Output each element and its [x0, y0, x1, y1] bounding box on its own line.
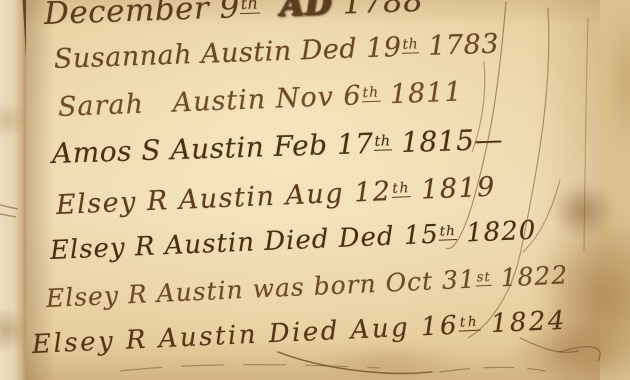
ordinal-suffix: th: [401, 36, 419, 54]
entry-text: [259, 0, 281, 24]
entry-text: December 9: [43, 0, 240, 32]
register-entry-7: Elsey R Austin was born Oct 31st 1822: [45, 260, 568, 313]
register-entry-6: Elsey R Austin Died Ded 15th 1820: [49, 216, 537, 266]
register-entry-3: Sarah Austin Nov 6th 1811: [57, 76, 463, 123]
ordinal-suffix: th: [391, 180, 411, 198]
register-entry-2: Susannah Austin Ded 19th 1783: [53, 28, 499, 75]
entry-text: Elsey R Austin Aug 12: [55, 176, 392, 221]
ordinal-suffix: th: [459, 314, 481, 332]
entry-text: Susannah Austin Ded 19: [53, 32, 402, 75]
register-entry-5: Elsey R Austin Aug 12th 1819: [55, 172, 496, 221]
entry-text: 1822: [491, 260, 569, 292]
entry-text: Elsey R Austin Died Ded 15: [49, 220, 439, 266]
entry-text: 1783: [419, 28, 500, 62]
register-entry-4: Amos S Austin Feb 17th 1815—: [51, 123, 503, 170]
ordinal-suffix: st: [475, 269, 492, 286]
entry-text: Sarah Austin Nov 6: [57, 80, 362, 123]
register-entries: December 9th AD 1788Susannah Austin Ded …: [0, 0, 630, 380]
entry-text: 1815—: [391, 123, 503, 159]
register-entry-1: December 9th AD 1788: [43, 0, 424, 32]
entry-text: Elsey R Austin Died Aug 16: [31, 311, 459, 360]
entry-text: 1788: [332, 0, 424, 22]
entry-text: 1820: [456, 216, 537, 249]
ordinal-suffix: th: [361, 85, 380, 103]
manuscript-photo: December 9th AD 1788Susannah Austin Ded …: [0, 0, 630, 380]
ordinal-suffix: th: [373, 132, 392, 151]
entry-text: 1824: [479, 306, 567, 340]
entry-text: Elsey R Austin was born Oct 31: [45, 264, 476, 312]
entry-text: AD: [280, 0, 333, 24]
entry-text: Amos S Austin Feb 17: [51, 127, 374, 170]
entry-text: 1819: [410, 172, 496, 207]
ordinal-suffix: th: [438, 223, 457, 241]
register-entry-8: Elsey R Austin Died Aug 16th 1824: [31, 306, 567, 360]
entry-text: 1811: [380, 76, 463, 110]
ordinal-suffix: th: [239, 0, 260, 14]
